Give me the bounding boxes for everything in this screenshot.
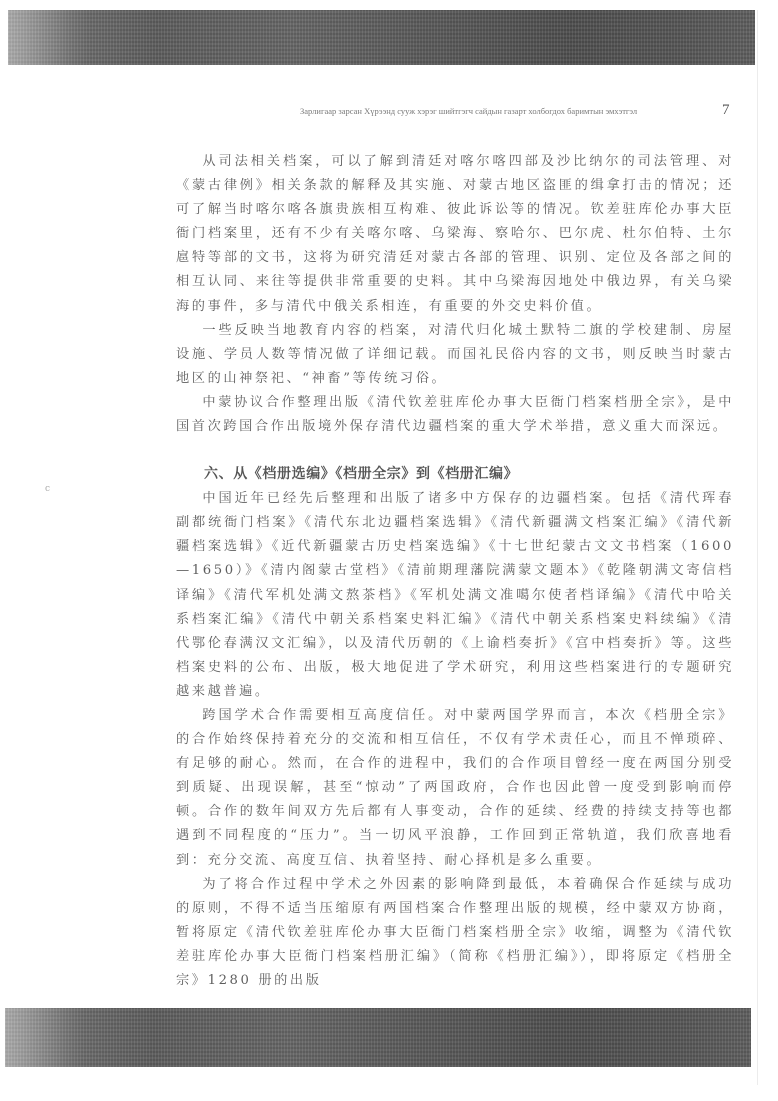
paragraph: 为了将合作过程中学术之外因素的影响降到最低，本着确保合作延续与成功的原则，不得不… bbox=[176, 873, 734, 993]
body-text: 从司法相关档案，可以了解到清廷对喀尔喀四部及沙比纳尔的司法管理、对《蒙古律例》相… bbox=[176, 150, 734, 993]
paragraph: 中蒙协议合作整理出版《清代钦差驻库伦办事大臣衙门档案档册全宗》，是中国首次跨国合… bbox=[176, 391, 734, 439]
running-head: Зарлигаар зарсан Хүрээнд сууж хэрэг шийт… bbox=[300, 106, 720, 116]
paragraph: 中国近年已经先后整理和出版了诸多中方保存的边疆档案。包括《清代珲春副都统衙门档案… bbox=[176, 487, 734, 704]
section-heading: 六、从《档册选编》《档册全宗》到《档册汇编》 bbox=[176, 463, 734, 487]
scan-edge-line bbox=[757, 10, 758, 1085]
paragraph: 从司法相关档案，可以了解到清廷对喀尔喀四部及沙比纳尔的司法管理、对《蒙古律例》相… bbox=[176, 150, 734, 319]
paragraph: 一些反映当地教育内容的档案，对清代归化城土默特二旗的学校建制、房屋设施、学员人数… bbox=[176, 319, 734, 391]
scan-border-bottom bbox=[5, 1008, 751, 1067]
paragraph: 跨国学术合作需要相互高度信任。对中蒙两国学界而言，本次《档册全宗》的合作始终保持… bbox=[176, 704, 734, 873]
page-number: 7 bbox=[722, 102, 730, 119]
scan-artifact-mark: c bbox=[45, 484, 50, 494]
scan-border-top bbox=[8, 10, 755, 65]
